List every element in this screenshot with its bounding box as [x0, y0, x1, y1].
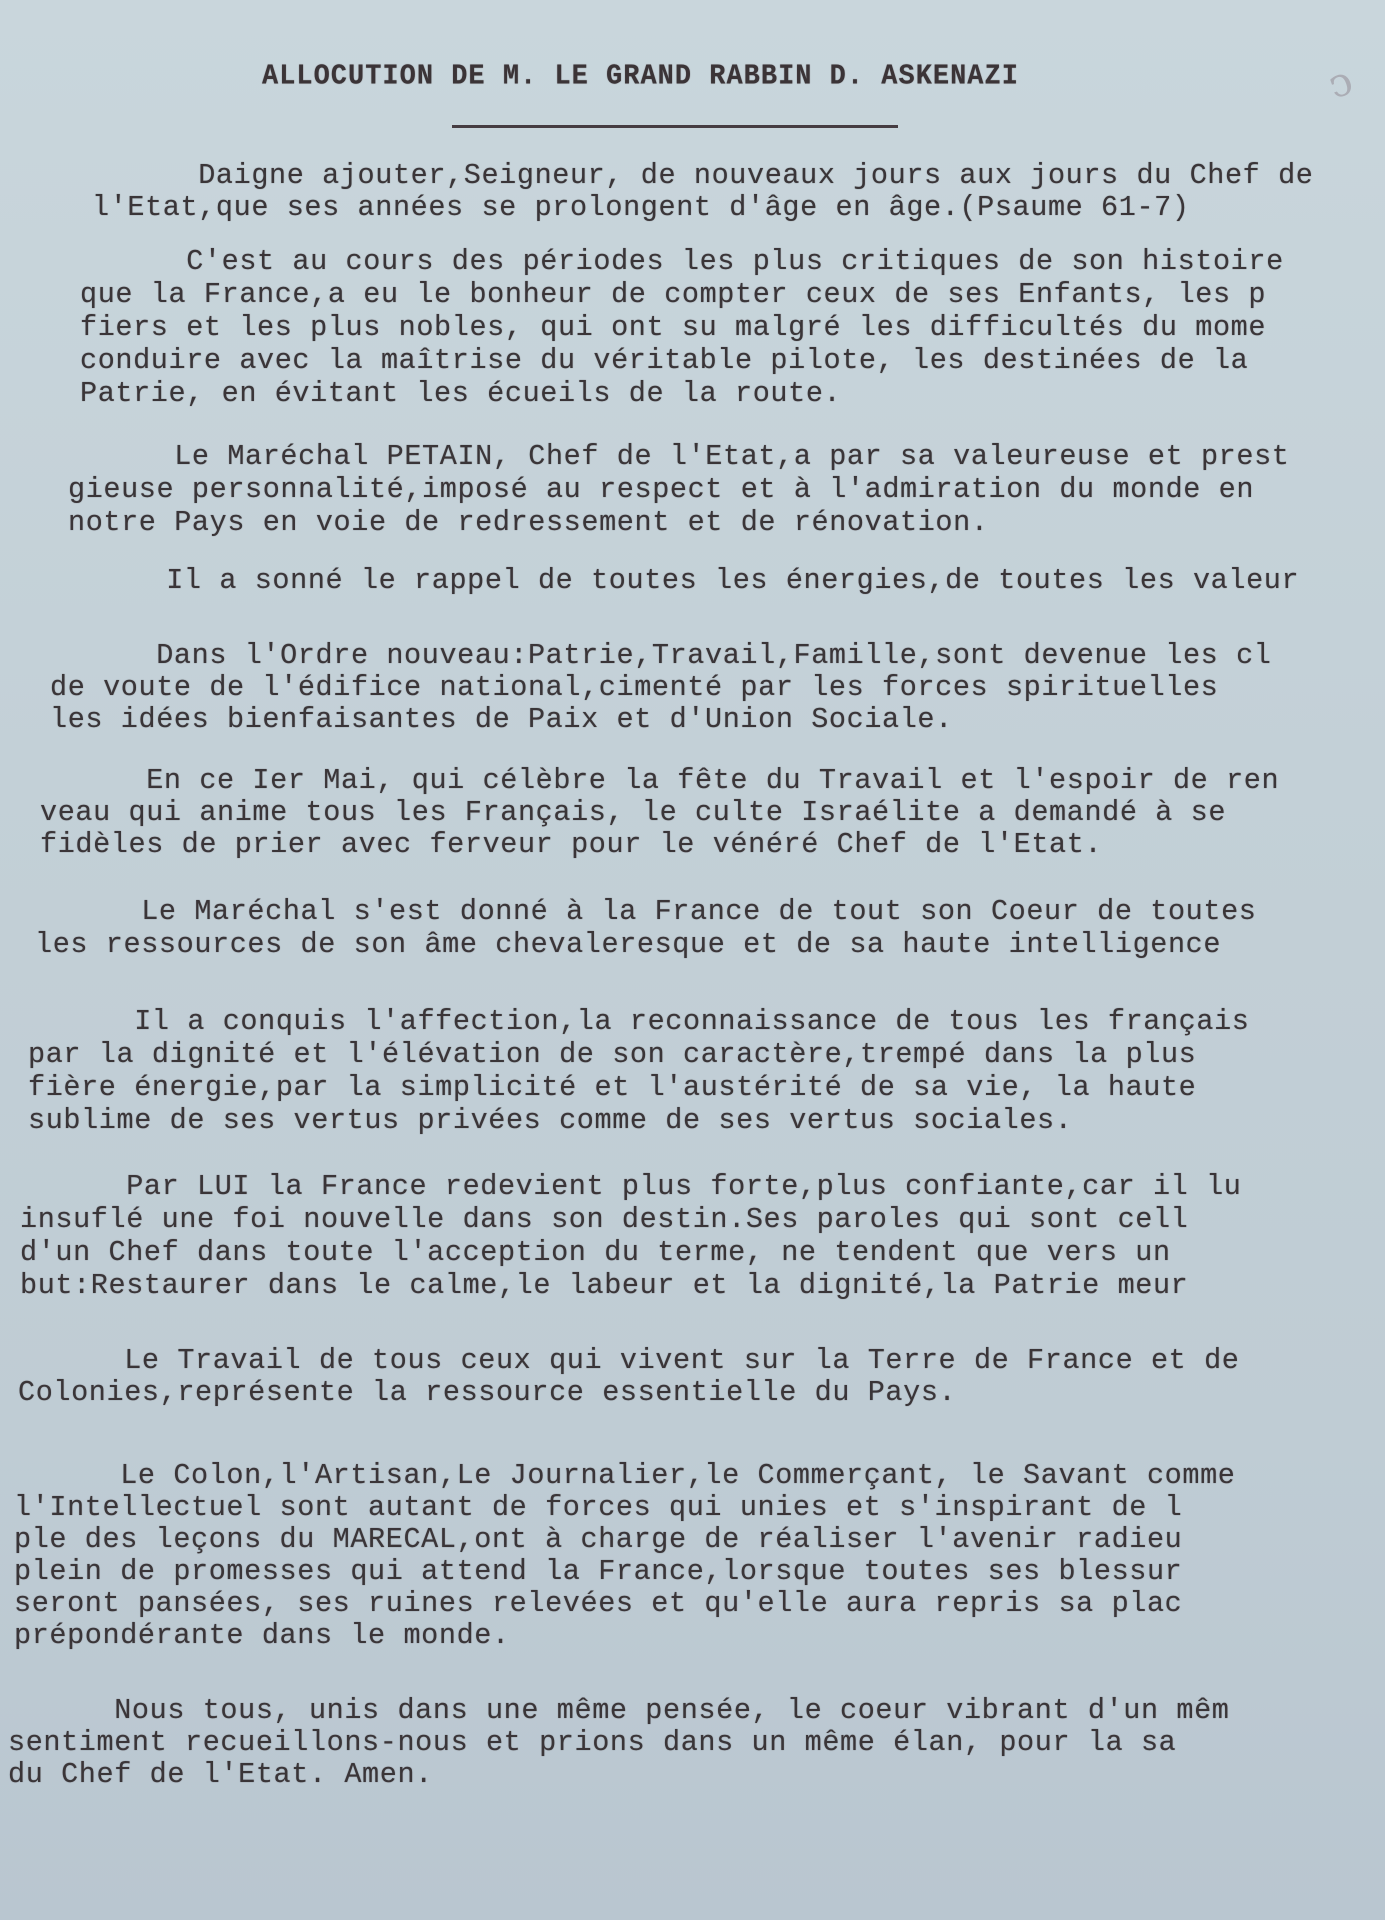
text-line: Patrie, en évitant les écueils de la rou… — [80, 377, 1385, 410]
text-line: les ressources de son âme chevaleresque … — [35, 928, 1385, 961]
text-line: ple des leçons du MARECAL,ont à charge d… — [14, 1524, 1385, 1556]
paragraph-4: Il a sonné le rappel de toutes les énerg… — [60, 565, 1385, 597]
text-line: En ce Ier Mai, qui célèbre la fête du Tr… — [40, 765, 1385, 797]
text-line: C'est au cours des périodes les plus cri… — [80, 245, 1385, 278]
paragraph-1: Daigne ajouter,Seigneur, de nouveaux jou… — [92, 160, 1385, 224]
paragraph-10: Le Travail de tous ceux qui vivent sur l… — [18, 1345, 1385, 1409]
text-line: conduire avec la maîtrise du véritable p… — [80, 344, 1385, 377]
paragraph-7: Le Maréchal s'est donné à la France de t… — [35, 895, 1385, 961]
text-line: les idées bienfaisantes de Paix et d'Uni… — [50, 704, 1385, 736]
paragraph-3: Le Maréchal PETAIN, Chef de l'Etat,a par… — [68, 440, 1385, 539]
text-line: Daigne ajouter,Seigneur, de nouveaux jou… — [92, 160, 1385, 192]
title-underline — [452, 125, 898, 128]
text-line: Colonies,représente la ressource essenti… — [18, 1377, 1385, 1409]
typewritten-page: ALLOCUTION DE M. LE GRAND RABBIN D. ASKE… — [0, 0, 1385, 1920]
text-line: seront pansées, ses ruines relevées et q… — [14, 1588, 1385, 1620]
paragraph-12: Nous tous, unis dans une même pensée, le… — [8, 1695, 1385, 1791]
text-line: gieuse personnalité,imposé au respect et… — [68, 473, 1385, 506]
paragraph-6: En ce Ier Mai, qui célèbre la fête du Tr… — [40, 765, 1385, 861]
text-line: notre Pays en voie de redressement et de… — [68, 506, 1385, 539]
text-line: prépondérante dans le monde. — [14, 1620, 1385, 1652]
paragraph-5: Dans l'Ordre nouveau:Patrie,Travail,Fami… — [50, 640, 1385, 736]
paragraph-9: Par LUI la France redevient plus forte,p… — [20, 1170, 1385, 1302]
text-line: insuflé une foi nouvelle dans son destin… — [20, 1203, 1385, 1236]
text-line: Le Colon,l'Artisan,Le Journalier,le Comm… — [14, 1460, 1385, 1492]
text-line: de voute de l'édifice national,cimenté p… — [50, 672, 1385, 704]
text-line: Nous tous, unis dans une même pensée, le… — [8, 1695, 1385, 1727]
text-line: Le Travail de tous ceux qui vivent sur l… — [18, 1345, 1385, 1377]
text-line: Le Maréchal s'est donné à la France de t… — [35, 895, 1385, 928]
text-line: sublime de ses vertus privées comme de s… — [28, 1104, 1385, 1137]
text-line: par la dignité et l'élévation de son car… — [28, 1038, 1385, 1071]
text-line: fidèles de prier avec ferveur pour le vé… — [40, 829, 1385, 861]
paragraph-11: Le Colon,l'Artisan,Le Journalier,le Comm… — [14, 1460, 1385, 1652]
text-line: fiers et les plus nobles, qui ont su mal… — [80, 311, 1385, 344]
paragraph-2: C'est au cours des périodes les plus cri… — [80, 245, 1385, 410]
text-line: sentiment recueillons-nous et prions dan… — [8, 1727, 1385, 1759]
text-line: Il a sonné le rappel de toutes les énerg… — [60, 565, 1385, 597]
text-line: veau qui anime tous les Français, le cul… — [40, 797, 1385, 829]
text-line: l'Intellectuel sont autant de forces qui… — [14, 1492, 1385, 1524]
text-line: Il a conquis l'affection,la reconnaissan… — [28, 1005, 1385, 1038]
text-line: l'Etat,que ses années se prolongent d'âg… — [92, 192, 1385, 224]
document-title: ALLOCUTION DE M. LE GRAND RABBIN D. ASKE… — [262, 61, 1019, 93]
text-line: fière énergie,par la simplicité et l'aus… — [28, 1071, 1385, 1104]
text-line: but:Restaurer dans le calme,le labeur et… — [20, 1269, 1385, 1302]
text-line: Par LUI la France redevient plus forte,p… — [20, 1170, 1385, 1203]
text-line: Le Maréchal PETAIN, Chef de l'Etat,a par… — [68, 440, 1385, 473]
text-line: Dans l'Ordre nouveau:Patrie,Travail,Fami… — [50, 640, 1385, 672]
handwritten-margin-mark: ↄ — [1322, 48, 1385, 117]
text-line: plein de promesses qui attend la France,… — [14, 1556, 1385, 1588]
paragraph-8: Il a conquis l'affection,la reconnaissan… — [28, 1005, 1385, 1137]
text-line: d'un Chef dans toute l'acception du term… — [20, 1236, 1385, 1269]
text-line: que la France,a eu le bonheur de compter… — [80, 278, 1385, 311]
text-line: du Chef de l'Etat. Amen. — [8, 1759, 1385, 1791]
